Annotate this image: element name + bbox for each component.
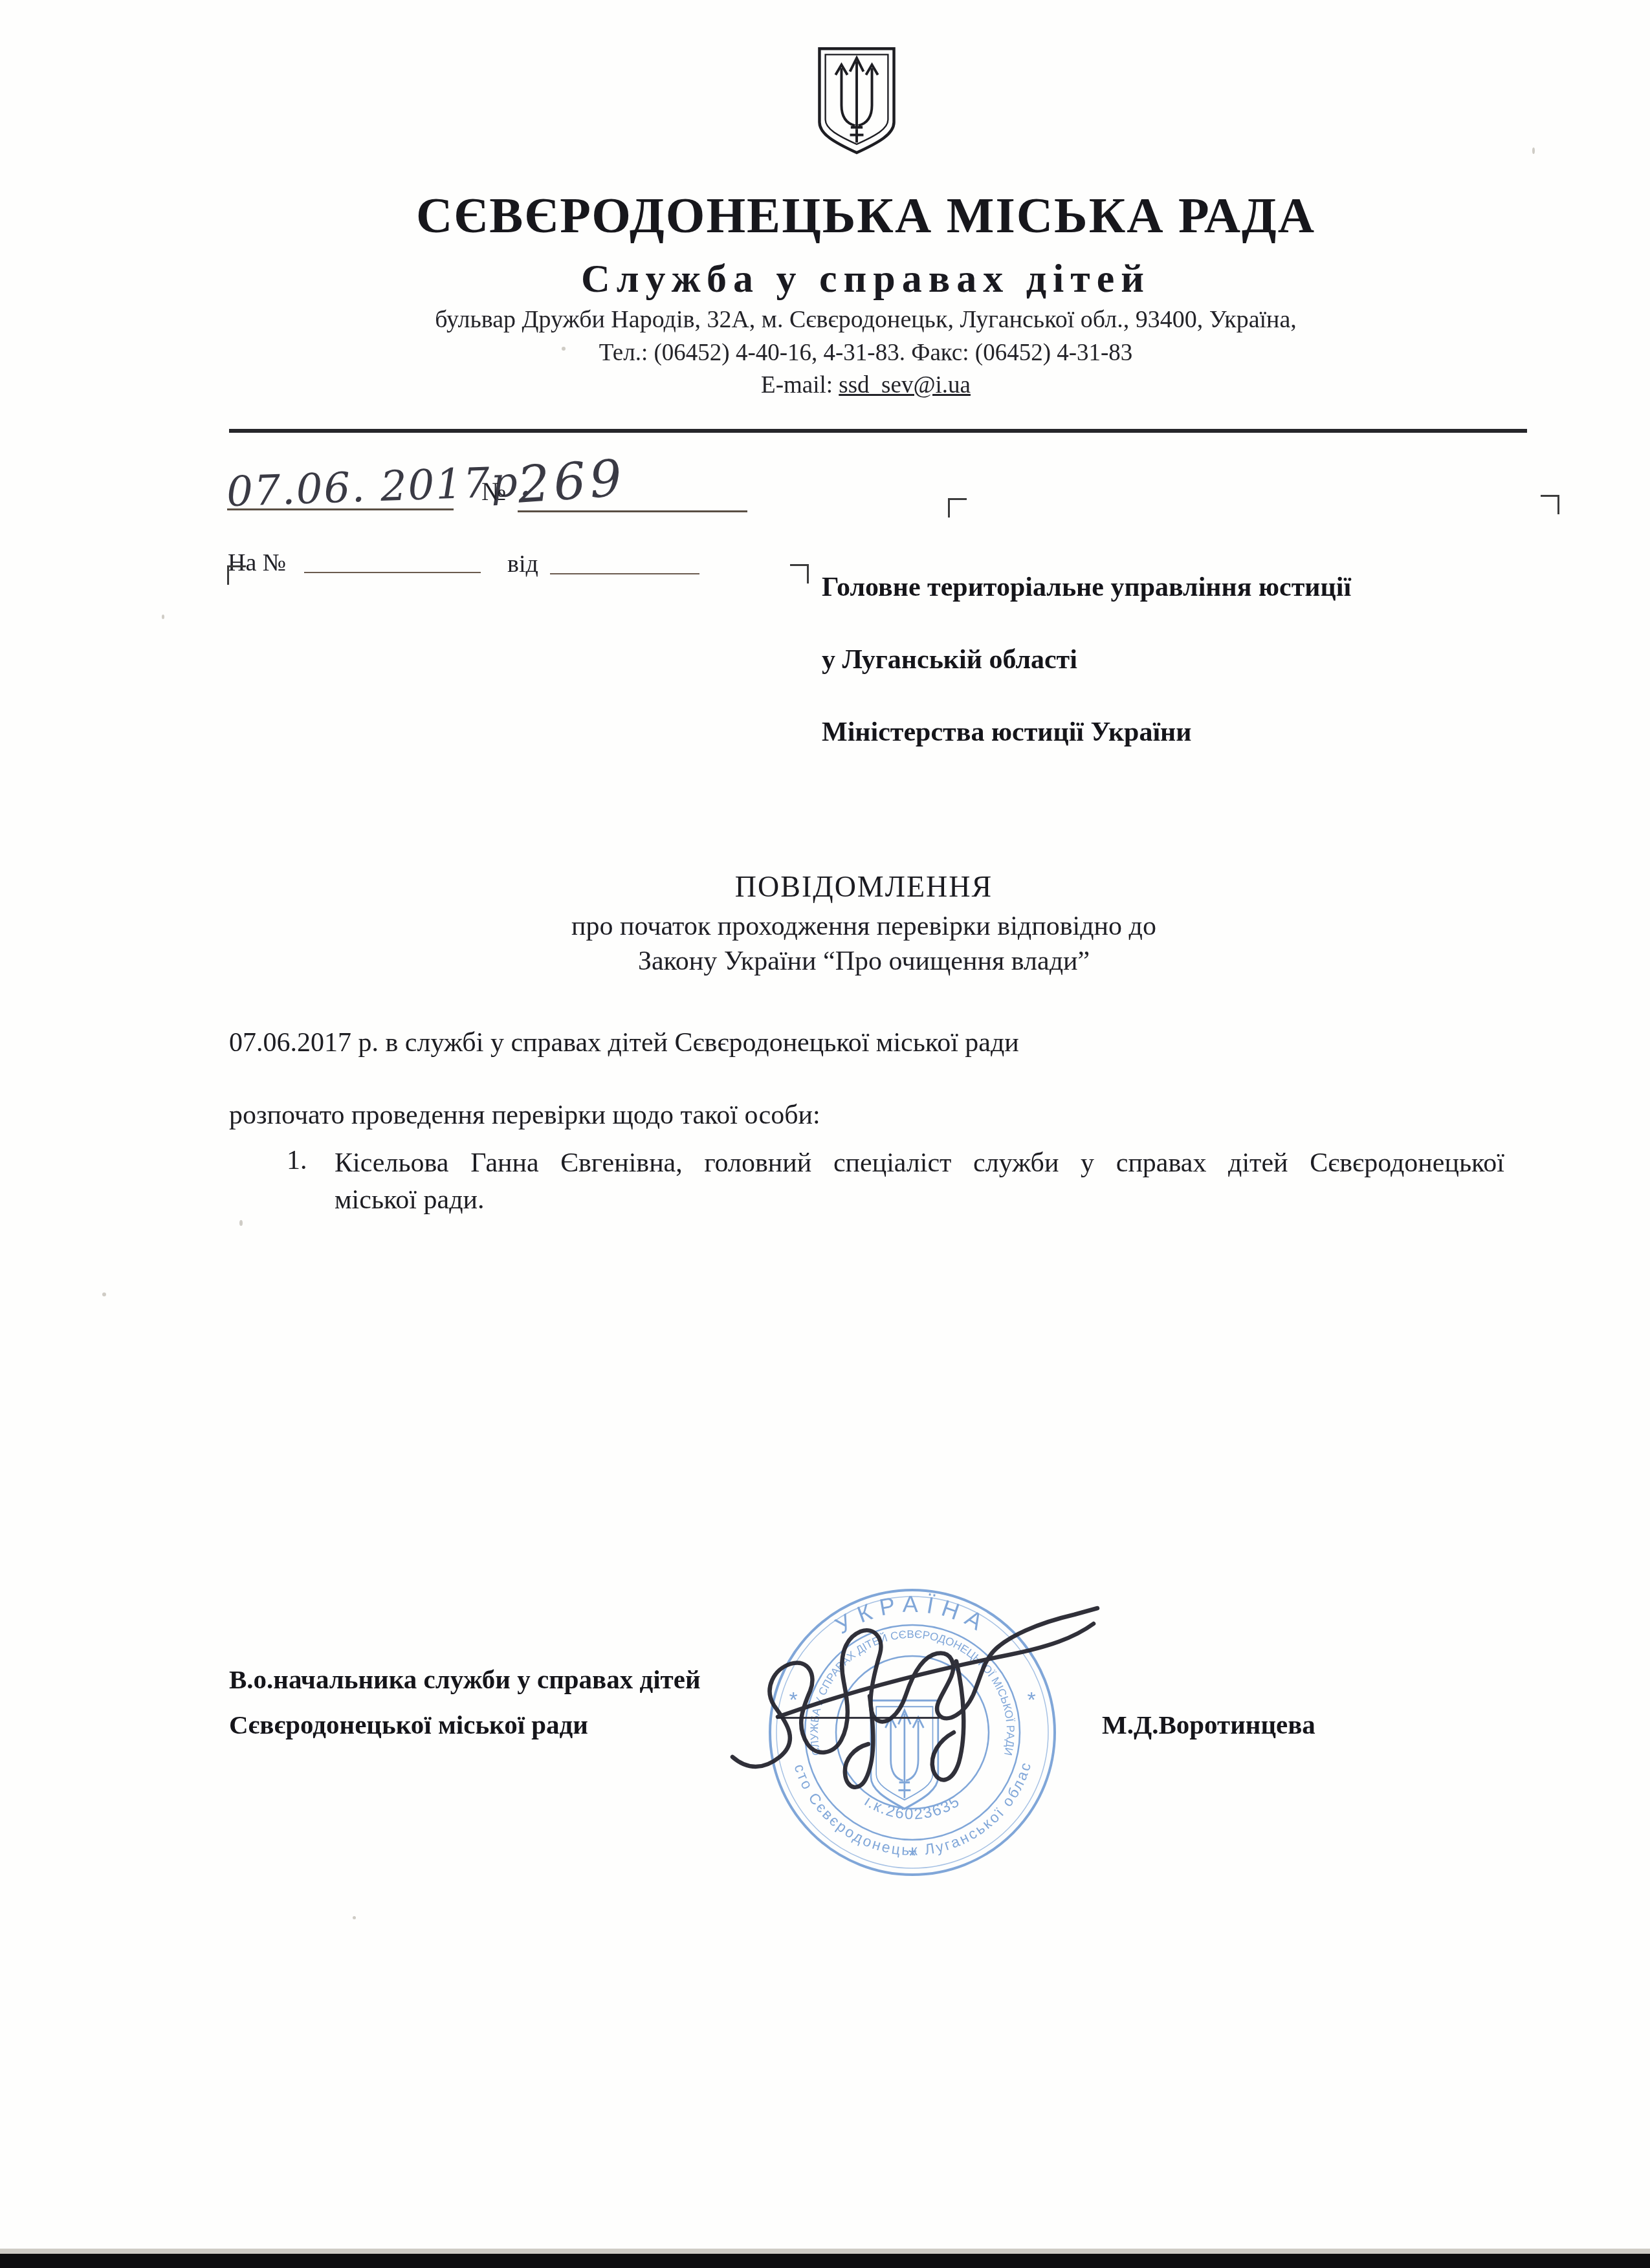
date-blank-line (227, 508, 454, 510)
corner-mark-recipient-left (948, 498, 967, 518)
org-name: СЄВЄРОДОНЕЦЬКА МІСЬКА РАДА (82, 186, 1650, 245)
scan-artifact (102, 1292, 106, 1296)
phone-fax-line: Тел.: (06452) 4-40-16, 4-31-83. Факс: (0… (82, 339, 1650, 367)
scan-artifact (1532, 147, 1535, 154)
ukraine-trident-emblem (813, 44, 901, 157)
address-line: бульвар Дружби Народів, 32А, м. Сєвєродо… (82, 305, 1650, 334)
list-item: Кісельова Ганна Євгенівна, головний спец… (335, 1145, 1504, 1219)
letterhead-divider-rule (229, 429, 1527, 433)
handwritten-number: 269 (516, 449, 628, 514)
number-blank-line (518, 510, 747, 512)
reply-date-blank-line (550, 573, 699, 574)
email-address: ssd_sev@i.ua (839, 372, 971, 398)
list-item-line-2: міської ради. (335, 1182, 1504, 1219)
notice-heading: ПОВІДОМЛЕННЯ (194, 869, 1534, 904)
notice-subtitle-1: про початок проходження перевірки відпов… (194, 911, 1534, 942)
scanner-edge-bar (0, 2254, 1650, 2268)
body-paragraph-1: 07.06.2017 р. в службі у справах дітей С… (229, 1027, 1019, 1058)
notice-subtitle-2: Закону України “Про очищення влади” (194, 946, 1534, 977)
body-paragraph-2: розпочато проведення перевірки щодо тако… (229, 1100, 820, 1131)
list-item-number: 1. (287, 1145, 307, 1176)
scan-artifact (162, 615, 164, 619)
scan-artifact (353, 1916, 356, 1919)
signer-position-line-1: В.о.начальника служби у справах дітей (229, 1664, 701, 1695)
stamp-star-bottom: * (908, 1844, 916, 1868)
signer-name: М.Д.Воротинцева (1102, 1709, 1315, 1740)
corner-mark-left (227, 565, 246, 585)
reply-from-label: від (507, 550, 538, 578)
reply-number-blank-line (304, 572, 481, 573)
signer-position-line-2: Сєвєродонецької міської ради (229, 1709, 588, 1740)
email-label: E-mail: (761, 372, 839, 398)
email-line: E-mail: ssd_sev@i.ua (82, 371, 1650, 399)
list-item-line-1: Кісельова Ганна Євгенівна, головний спец… (335, 1145, 1504, 1182)
scan-artifact (562, 347, 566, 351)
handwritten-signature (712, 1578, 1113, 1798)
corner-mark-middle (790, 564, 809, 583)
recipient-line-1: Головне територіальне управління юстиції (822, 572, 1351, 603)
recipient-line-3: Міністерства юстиції України (822, 717, 1192, 748)
recipient-line-2: у Луганській області (822, 644, 1077, 675)
corner-mark-recipient-right (1541, 495, 1559, 514)
number-sign: № (481, 476, 506, 507)
scanned-document-page: СЄВЄРОДОНЕЦЬКА МІСЬКА РАДА Служба у спра… (0, 0, 1650, 2268)
scanner-edge-streak (0, 2249, 1650, 2254)
scan-artifact (239, 1220, 243, 1226)
department-name: Служба у справах дітей (82, 256, 1650, 302)
